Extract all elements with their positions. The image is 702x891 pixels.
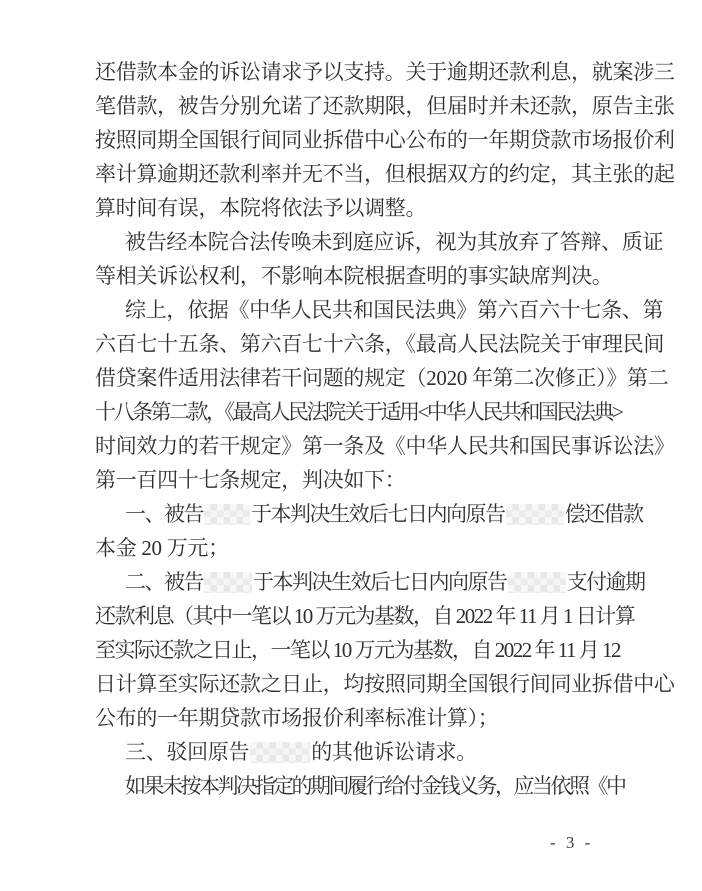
text-segment: 六百七十五条、第六百七十六条，《最高人民法院关于审理民间: [95, 332, 664, 356]
redaction-block: [508, 572, 566, 593]
document-page: 还借款本金的诉讼请求予以支持。关于逾期还款利息，就案涉三笔借款，被告分别允诺了还…: [0, 0, 702, 891]
text-segment: 十八条第二款，《最高人民法院关于适用<中华人民共和国民法典>: [95, 400, 621, 424]
text-line: 按照同期全国银行间同业拆借中心公布的一年期贷款市场报价利: [95, 123, 647, 157]
text-line: 率计算逾期还款利率并无不当，但根据双方的约定，其主张的起: [95, 157, 647, 191]
text-segment: 借贷案件适用法律若干问题的规定（2020 年第二次修正）》第二: [95, 366, 668, 390]
text-line: 综上，依据《中华人民共和国民法典》第六百六十七条、第: [95, 293, 647, 327]
text-segment: 还借款本金的诉讼请求予以支持。关于逾期还款利息，就案涉三: [95, 60, 675, 84]
text-segment: 公布的一年期贷款市场报价利率标准计算）；: [95, 706, 499, 730]
text-line: 十八条第二款，《最高人民法院关于适用<中华人民共和国民法典>: [95, 395, 647, 429]
text-segment: 本金 20 万元；: [95, 536, 229, 560]
text-line: 二、被告于本判决生效后七日内向原告支付逾期: [95, 565, 647, 599]
text-segment: 三、驳回原告: [125, 740, 249, 764]
text-line: 等相关诉讼权利，不影响本院根据查明的事实缺席判决。: [95, 259, 647, 293]
text-line: 时间效力的若干规定》第一条及《中华人民共和国民事诉讼法》: [95, 429, 647, 463]
redaction-block: [506, 504, 564, 525]
text-line: 本金 20 万元；: [95, 531, 647, 565]
text-segment: 综上，依据《中华人民共和国民法典》第六百六十七条、第: [125, 298, 663, 322]
text-line: 笔借款，被告分别允诺了还款期限，但届时并未还款，原告主张: [95, 89, 647, 123]
text-segment: 等相关诉讼权利，不影响本院根据查明的事实缺席判决。: [95, 264, 613, 288]
text-line: 三、驳回原告的其他诉讼请求。: [95, 735, 647, 769]
text-line: 六百七十五条、第六百七十六条，《最高人民法院关于审理民间: [95, 327, 647, 361]
text-segment: 于本判决生效后七日内向原告: [251, 502, 505, 526]
text-segment: 时间效力的若干规定》第一条及《中华人民共和国民事诉讼法》: [95, 434, 675, 458]
text-line: 被告经本院合法传唤未到庭应诉，视为其放弃了答辩、质证: [95, 225, 647, 259]
text-segment: 日计算至实际还款之日止，均按照同期全国银行间同业拆借中心: [95, 672, 675, 696]
text-line: 还借款本金的诉讼请求予以支持。关于逾期还款利息，就案涉三: [95, 55, 647, 89]
text-segment: 一、被告: [125, 502, 203, 526]
text-line: 一、被告于本判决生效后七日内向原告偿还借款: [95, 497, 647, 531]
text-line: 借贷案件适用法律若干问题的规定（2020 年第二次修正）》第二: [95, 361, 647, 395]
text-segment: 率计算逾期还款利率并无不当，但根据双方的约定，其主张的起: [95, 162, 675, 186]
judgment-text: 还借款本金的诉讼请求予以支持。关于逾期还款利息，就案涉三笔借款，被告分别允诺了还…: [95, 55, 647, 803]
text-segment: 被告经本院合法传唤未到庭应诉，视为其放弃了答辩、质证: [125, 230, 663, 254]
text-segment: 于本判决生效后七日内向原告: [253, 570, 507, 594]
text-segment: 至实际还款之日止，一笔以 10 万元为基数，自 2022 年 11 月 12: [95, 638, 620, 662]
text-line: 日计算至实际还款之日止，均按照同期全国银行间同业拆借中心: [95, 667, 647, 701]
redaction-block: [250, 742, 310, 763]
text-segment: 如果未按本判决指定的期间履行给付金钱义务，应当依照《中: [125, 774, 625, 798]
text-line: 公布的一年期贷款市场报价利率标准计算）；: [95, 701, 647, 735]
text-segment: 还款利息（其中一笔以 10 万元为基数，自 2022 年 11 月 1 日计算: [95, 604, 634, 628]
text-line: 如果未按本判决指定的期间履行给付金钱义务，应当依照《中: [95, 769, 647, 803]
text-segment: 支付逾期: [567, 570, 645, 594]
text-segment: 第一百四十七条规定，判决如下：: [95, 468, 406, 492]
text-line: 算时间有误，本院将依法予以调整。: [95, 191, 647, 225]
text-segment: 按照同期全国银行间同业拆借中心公布的一年期贷款市场报价利: [95, 128, 675, 152]
text-segment: 偿还借款: [565, 502, 643, 526]
page-number: - 3 -: [550, 833, 593, 853]
text-segment: 的其他诉讼请求。: [311, 740, 477, 764]
text-segment: 算时间有误，本院将依法予以调整。: [95, 196, 426, 220]
text-segment: 二、被告: [125, 570, 203, 594]
text-line: 还款利息（其中一笔以 10 万元为基数，自 2022 年 11 月 1 日计算: [95, 599, 647, 633]
text-segment: 笔借款，被告分别允诺了还款期限，但届时并未还款，原告主张: [95, 94, 675, 118]
text-line: 第一百四十七条规定，判决如下：: [95, 463, 647, 497]
redaction-block: [204, 504, 250, 525]
text-line: 至实际还款之日止，一笔以 10 万元为基数，自 2022 年 11 月 12: [95, 633, 647, 667]
redaction-block: [204, 572, 252, 593]
